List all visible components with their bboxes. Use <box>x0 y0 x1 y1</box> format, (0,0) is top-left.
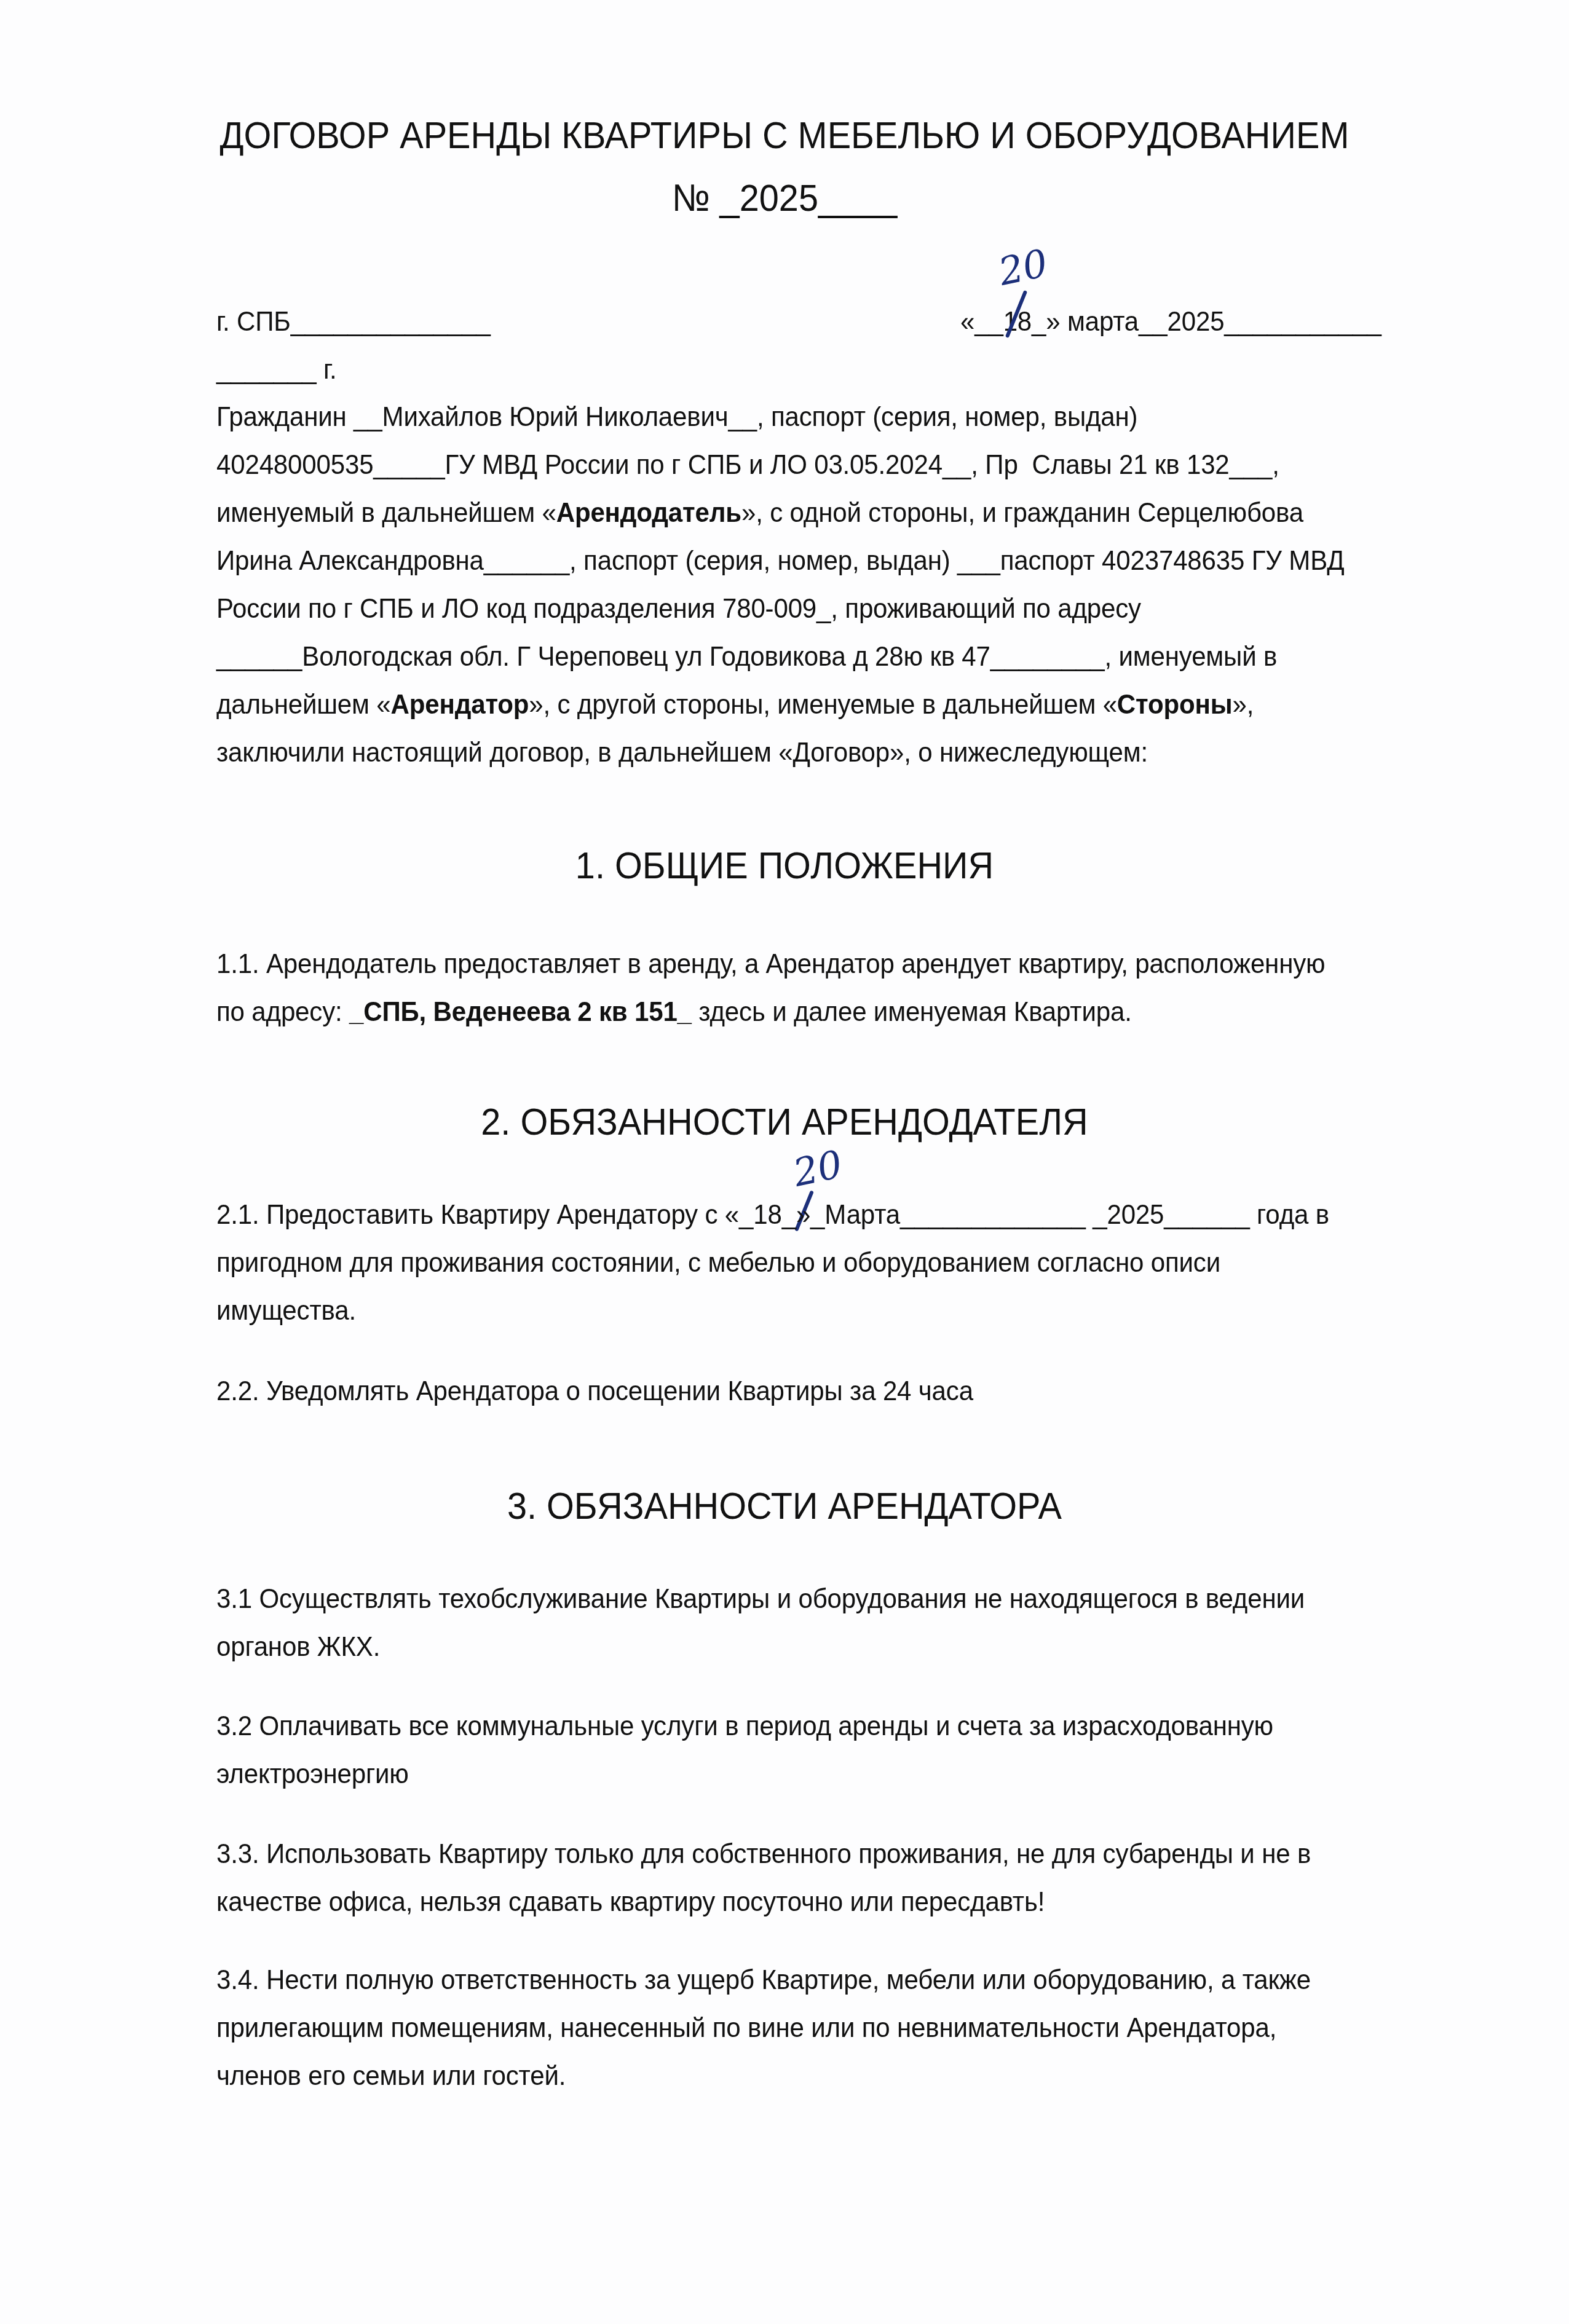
clause-2-1: имущества. <box>216 1296 356 1324</box>
apartment-address: _СПБ, Веденеева 2 кв 151_ <box>349 996 692 1027</box>
clause-2-2: 2.2. Уведомлять Арендатора о посещении К… <box>216 1377 973 1404</box>
handwritten-date-correction: 20 <box>995 244 1051 291</box>
contract-number: № _2025____ <box>55 179 1514 218</box>
clause-3-4: 3.4. Нести полную ответственность за уще… <box>216 1966 1311 1993</box>
preamble-text: », <box>1232 688 1254 720</box>
clause-2-1: пригодном для проживания состоянии, с ме… <box>216 1248 1220 1276</box>
preamble-line: 40248000535_____ГУ МВД России по г СПБ и… <box>216 451 1279 478</box>
preamble-line: ______Вологодская обл. Г Череповец ул Го… <box>216 642 1277 670</box>
clause-3-3: качестве офиса, нельзя сдавать квартиру … <box>216 1888 1045 1915</box>
clause-3-4: прилегающим помещениям, нанесенный по ви… <box>216 2014 1276 2041</box>
document-title: ДОГОВОР АРЕНДЫ КВАРТИРЫ С МЕБЕЛЬЮ И ОБОР… <box>55 117 1514 155</box>
preamble-text: именуемый в дальнейшем « <box>216 497 556 528</box>
preamble-line: именуемый в дальнейшем «Арендодатель», с… <box>216 498 1303 526</box>
clause-text: здесь и далее именуемая Квартира. <box>692 996 1132 1027</box>
clause-2-1: 2.1. Предоставить Квартиру Арендатору с … <box>216 1200 1329 1228</box>
preamble-line: России по г СПБ и ЛО код подразделения 7… <box>216 594 1141 622</box>
section-heading-landlord-duties: 2. ОБЯЗАННОСТИ АРЕНДОДАТЕЛЯ <box>55 1103 1514 1141</box>
city-field: г. СПБ______________ <box>216 307 491 335</box>
preamble-line: дальнейшем «Арендатор», с другой стороны… <box>216 690 1254 718</box>
clause-text: по адресу: <box>216 996 349 1027</box>
date-field: «__18_» марта__2025___________ <box>960 307 1381 335</box>
clause-3-3: 3.3. Использовать Квартиру только для со… <box>216 1840 1311 1867</box>
clause-3-1: органов ЖКХ. <box>216 1633 380 1660</box>
preamble-text: », с одной стороны, и гражданин Серцелюб… <box>741 497 1303 528</box>
section-heading-tenant-duties: 3. ОБЯЗАННОСТИ АРЕНДАТОРА <box>55 1487 1514 1526</box>
preamble-text: дальнейшем « <box>216 688 390 720</box>
preamble-line: заключили настоящий договор, в дальнейше… <box>216 738 1148 766</box>
preamble-line: Ирина Александровна______, паспорт (сери… <box>216 546 1344 574</box>
clause-3-4: членов его семьи или гостей. <box>216 2062 566 2089</box>
clause-1-1: 1.1. Арендодатель предоставляет в аренду… <box>216 950 1325 977</box>
tenant-term: Арендатор <box>390 688 529 720</box>
clause-1-1: по адресу: _СПБ, Веденеева 2 кв 151_ зде… <box>216 998 1132 1025</box>
preamble-line: Гражданин __Михайлов Юрий Николаевич__, … <box>216 403 1137 430</box>
handwritten-date-correction: 20 <box>790 1145 845 1192</box>
document-page: ДОГОВОР АРЕНДЫ КВАРТИРЫ С МЕБЕЛЬЮ И ОБОР… <box>0 0 1569 2324</box>
parties-term: Стороны <box>1117 688 1233 720</box>
landlord-term: Арендодатель <box>556 497 741 528</box>
clause-3-1: 3.1 Осуществлять техобслуживание Квартир… <box>216 1585 1305 1612</box>
clause-3-2: электроэнергию <box>216 1760 409 1787</box>
preamble-text: », с другой стороны, именуемые в дальней… <box>529 688 1117 720</box>
clause-3-2: 3.2 Оплачивать все коммунальные услуги в… <box>216 1712 1273 1739</box>
section-heading-general: 1. ОБЩИЕ ПОЛОЖЕНИЯ <box>55 847 1514 885</box>
date-continuation: _______ г. <box>216 355 337 383</box>
